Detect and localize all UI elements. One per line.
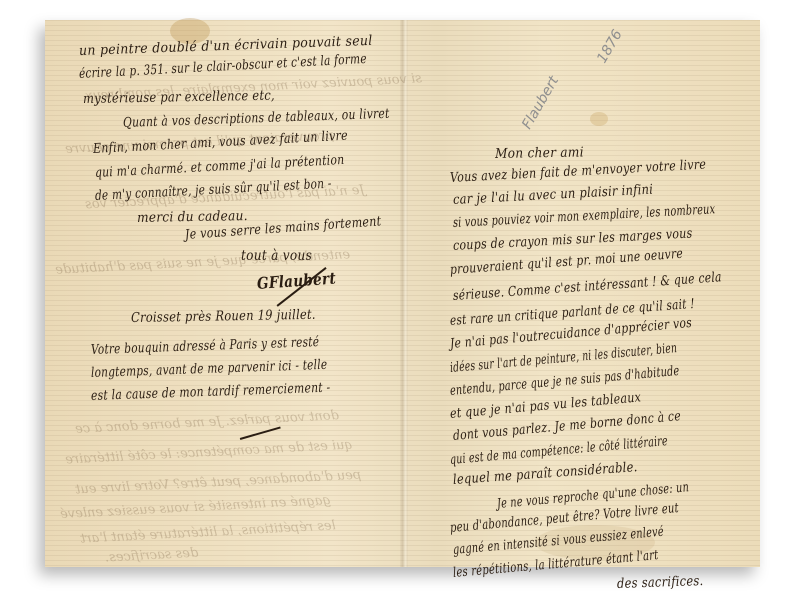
letter-line: des sacrifices.: [617, 573, 704, 592]
letter-line: mystérieuse par excellence etc,: [83, 88, 275, 107]
letter-line: car je l'ai lu avec un plaisir infini: [453, 182, 654, 208]
pencil-annotation-year: 1876: [594, 27, 626, 66]
letter-sheet: si vous pouviez voir mon exemplaire, les…: [45, 20, 760, 567]
pencil-annotation-name: Flaubert: [519, 74, 562, 132]
letter-line: Quant à vos descriptions de tableaux, ou…: [123, 106, 390, 131]
postscript-line: est la cause de mon tardif remerciement …: [91, 380, 331, 404]
right-page: Flaubert 1876 Mon cher ami Vous avez bie…: [405, 20, 760, 567]
letter-line: Enfin, mon cher ami, vous avez fait un l…: [93, 128, 349, 157]
left-page: si vous pouviez voir mon exemplaire, les…: [45, 20, 402, 567]
letter-line: Vous avez bien fait de m'envoyer votre l…: [450, 157, 707, 186]
bleed-through-text: qui est de ma compétence: le côté littér…: [65, 437, 353, 467]
letter-line: tout à vous: [241, 248, 312, 264]
bleed-through-text: gagné en intensité si vous eussiez enlev…: [60, 493, 331, 522]
postscript-line: Votre bouquin adressé à Paris y est rest…: [91, 334, 320, 358]
bleed-through-text: dont vous parlez. Je me borne donc à ce: [75, 408, 339, 437]
bleed-through-text: les répétitions, la littérature étant l'…: [80, 518, 336, 546]
bleed-through-text: des sacrifices.: [105, 546, 199, 566]
dateline: Croisset près Rouen 19 juillet.: [131, 307, 316, 326]
postscript-line: longtemps, avant de me parvenir ici - te…: [91, 357, 328, 381]
salutation: Mon cher ami: [495, 144, 584, 162]
postscript-flourish: [240, 426, 281, 439]
